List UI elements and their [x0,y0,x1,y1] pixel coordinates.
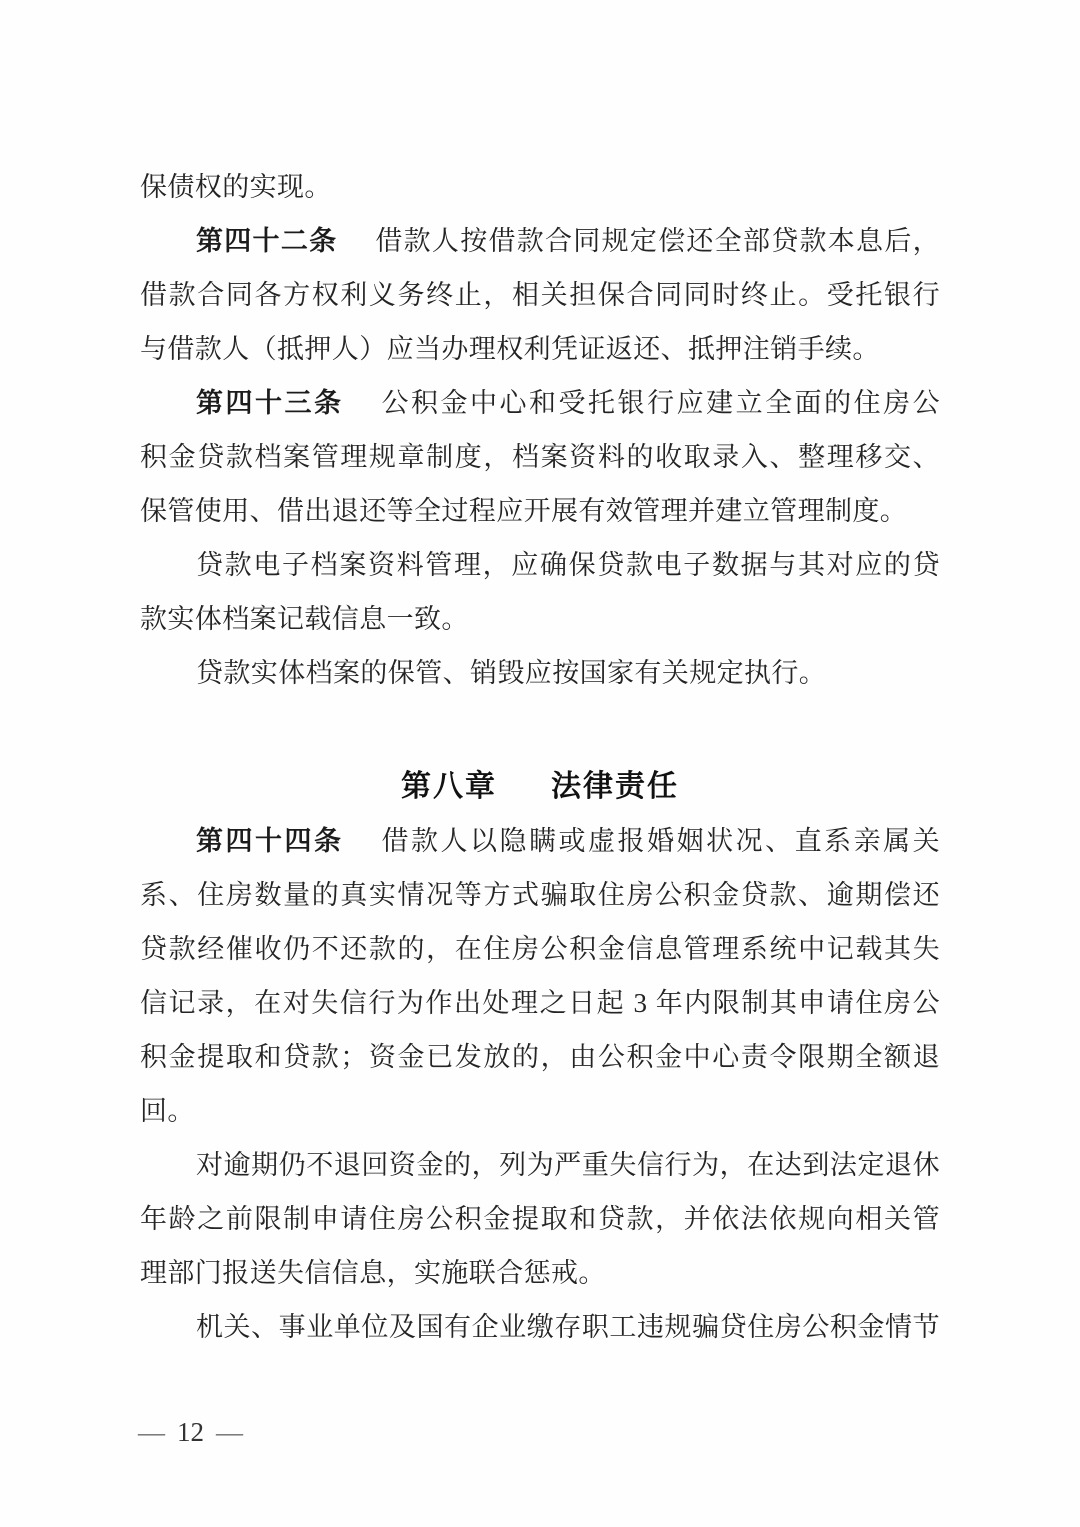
line-text: 款实体档案记载信息一致。 [140,604,469,634]
line-text: 积金提取和贷款；资金已发放的，由公积金中心责令限期全额退 [140,1042,940,1072]
document-line: 理部门报送失信信息，实施联合惩戒。 [140,1246,940,1300]
line-text: 年龄之前限制申请住房公积金提取和贷款，并依法依规向相关管 [140,1204,940,1234]
line-text: 机关、事业单位及国有企业缴存职工违规骗贷住房公积金情节 [196,1312,940,1342]
document-line: 年龄之前限制申请住房公积金提取和贷款，并依法依规向相关管 [140,1192,940,1246]
footer-dash-left: — [138,1417,165,1447]
line-text: 贷款经催收仍不还款的，在住房公积金信息管理系统中记载其失 [140,934,940,964]
footer-dash-right: — [216,1417,243,1447]
chapter-heading: 第八章法律责任 [140,760,940,814]
chapter-title: 法律责任 [551,770,679,803]
document-line: 信记录，在对失信行为作出处理之日起 3 年内限制其申请住房公 [140,976,940,1030]
page-number: 12 [177,1417,204,1447]
line-text: 与借款人（抵押人）应当办理权利凭证返还、抵押注销手续。 [140,334,880,364]
line-text: 积金贷款档案管理规章制度，档案资料的收取录入、整理移交、 [140,442,940,472]
line-text: 借款人按借款合同规定偿还全部贷款本息后， [375,226,940,256]
line-text: 贷款电子档案资料管理，应确保贷款电子数据与其对应的贷 [196,550,940,580]
line-text: 系、住房数量的真实情况等方式骗取住房公积金贷款、逾期偿还 [140,880,940,910]
document-line: 贷款实体档案的保管、销毁应按国家有关规定执行。 [140,646,940,700]
document-line: 贷款经催收仍不还款的，在住房公积金信息管理系统中记载其失 [140,922,940,976]
page-footer: —12— [138,1412,243,1452]
document-line: 系、住房数量的真实情况等方式骗取住房公积金贷款、逾期偿还 [140,868,940,922]
document-line: 第四十三条公积金中心和受托银行应建立全面的住房公 [140,376,940,430]
document-line: 保债权的实现。 [140,160,940,214]
document-body: 保债权的实现。 第四十二条借款人按借款合同规定偿还全部贷款本息后， 借款合同各方… [140,160,940,1354]
document-line: 积金提取和贷款；资金已发放的，由公积金中心责令限期全额退 [140,1030,940,1084]
line-text: 理部门报送失信信息，实施联合惩戒。 [140,1258,606,1288]
document-line: 保管使用、借出退还等全过程应开展有效管理并建立管理制度。 [140,484,940,538]
document-line: 贷款电子档案资料管理，应确保贷款电子数据与其对应的贷 [140,538,940,592]
line-text: 信记录，在对失信行为作出处理之日起 3 年内限制其申请住房公 [140,988,940,1018]
line-text: 保债权的实现。 [140,172,332,202]
line-text: 对逾期仍不退回资金的，列为严重失信行为，在达到法定退休 [196,1150,940,1180]
document-line: 积金贷款档案管理规章制度，档案资料的收取录入、整理移交、 [140,430,940,484]
line-text: 借款合同各方权利义务终止，相关担保合同同时终止。受托银行 [140,280,940,310]
article-number: 第四十三条 [196,388,344,418]
line-text: 贷款实体档案的保管、销毁应按国家有关规定执行。 [196,658,826,688]
chapter-number: 第八章 [401,770,497,803]
document-line: 借款合同各方权利义务终止，相关担保合同同时终止。受托银行 [140,268,940,322]
line-text: 借款人以隐瞒或虚报婚姻状况、直系亲属关 [382,826,940,856]
document-line: 与借款人（抵押人）应当办理权利凭证返还、抵押注销手续。 [140,322,940,376]
document-line: 第四十四条借款人以隐瞒或虚报婚姻状况、直系亲属关 [140,814,940,868]
line-text: 公积金中心和受托银行应建立全面的住房公 [382,388,940,418]
document-line: 对逾期仍不退回资金的，列为严重失信行为，在达到法定退休 [140,1138,940,1192]
document-line: 款实体档案记载信息一致。 [140,592,940,646]
document-page: 保债权的实现。 第四十二条借款人按借款合同规定偿还全部贷款本息后， 借款合同各方… [0,0,1080,1527]
article-number: 第四十四条 [196,826,344,856]
document-line: 回。 [140,1084,940,1138]
document-line: 机关、事业单位及国有企业缴存职工违规骗贷住房公积金情节 [140,1300,940,1354]
article-number: 第四十二条 [196,226,337,256]
line-text: 回。 [140,1096,195,1126]
line-text: 保管使用、借出退还等全过程应开展有效管理并建立管理制度。 [140,496,907,526]
document-line: 第四十二条借款人按借款合同规定偿还全部贷款本息后， [140,214,940,268]
